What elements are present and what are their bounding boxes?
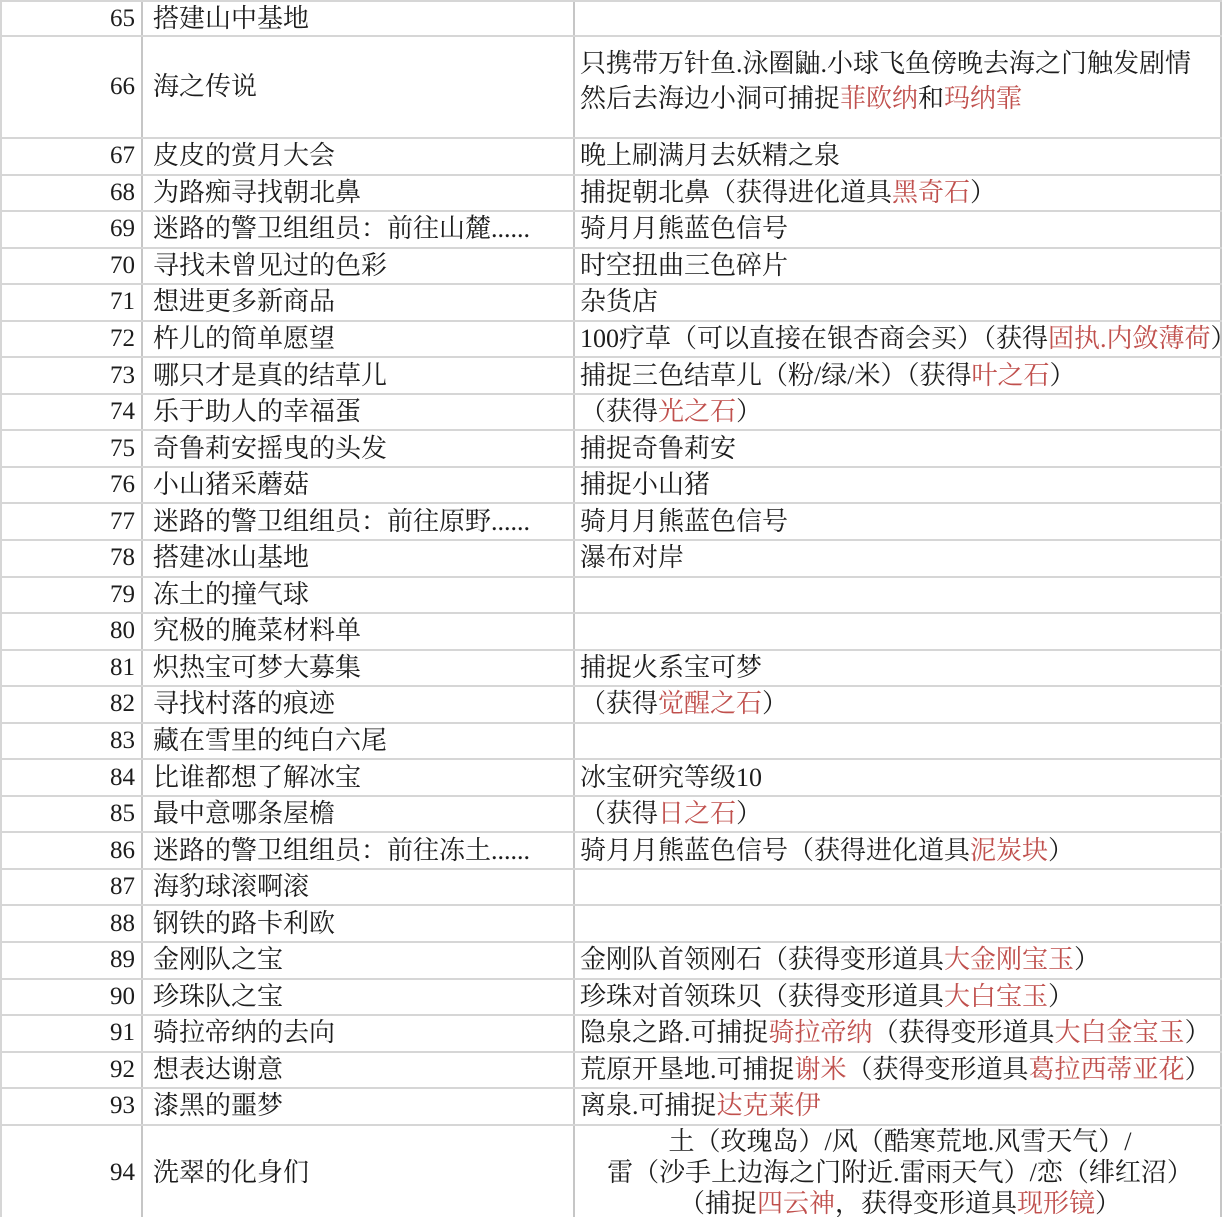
table-row: 76小山猪采蘑菇捕捉小山猪 xyxy=(2,468,1222,505)
highlight-text: 觉醒之石 xyxy=(658,687,762,721)
quest-name: 比谁都想了解冰宝 xyxy=(141,760,573,795)
table-row: 73哪只才是真的结草儿捕捉三色结草儿（粉/绿/米）（获得叶之石） xyxy=(2,358,1222,395)
quest-name: 想表达谢意 xyxy=(141,1053,573,1088)
row-number: 77 xyxy=(2,504,141,539)
table-row: 72杵儿的简单愿望100疗草（可以直接在银杏商会买）（获得固执.内敛薄荷） xyxy=(2,322,1222,359)
plain-text: ） xyxy=(762,687,788,721)
highlight-text: 大白金宝玉 xyxy=(1055,1016,1185,1050)
row-number: 92 xyxy=(2,1053,141,1088)
quest-name: 杵儿的简单愿望 xyxy=(141,322,573,357)
quest-desc: 瀑布对岸 xyxy=(573,541,1222,576)
table-row: 82寻找村落的痕迹（获得觉醒之石） xyxy=(2,687,1222,724)
plain-text: 雷（沙手上边海之门附近.雷雨天气）/恋（绯红沼） xyxy=(607,1158,1193,1187)
row-number: 68 xyxy=(2,176,141,211)
plain-text: 捕捉小山猪 xyxy=(580,468,710,502)
quest-desc-line: （捕捉四云神，获得变形道具现形镜） xyxy=(580,1188,1220,1217)
highlight-text: 谢米 xyxy=(795,1053,847,1087)
quest-desc xyxy=(573,2,1222,35)
table-row: 89金刚队之宝金刚队首领刚石（获得变形道具大金刚宝玉） xyxy=(2,943,1222,980)
highlight-text: 葛拉西蒂亚花 xyxy=(1029,1053,1185,1087)
row-number: 69 xyxy=(2,212,141,247)
quest-name: 骑拉帝纳的去向 xyxy=(141,1016,573,1051)
quest-desc: 杂货店 xyxy=(573,285,1222,320)
quest-desc: 捕捉三色结草儿（粉/绿/米）（获得叶之石） xyxy=(573,358,1222,393)
quest-guide-page: 65搭建山中基地66海之传说只携带万针鱼.泳圈鼬.小球飞鱼傍晚去海之门触发剧情然… xyxy=(0,0,1222,1217)
quest-desc: 骑月月熊蓝色信号（获得进化道具泥炭块） xyxy=(573,833,1222,868)
highlight-text: 菲欧纳 xyxy=(840,84,918,113)
highlight-text: 日之石 xyxy=(658,797,736,831)
table-row: 79冻土的撞气球 xyxy=(2,578,1222,615)
table-row: 75奇鲁莉安摇曳的头发捕捉奇鲁莉安 xyxy=(2,431,1222,468)
row-number: 93 xyxy=(2,1089,141,1124)
table-row: 69迷路的警卫组组员：前往山麓......骑月月熊蓝色信号 xyxy=(2,212,1222,249)
row-number: 75 xyxy=(2,431,141,466)
quest-desc xyxy=(573,906,1222,941)
table-row: 70寻找未曾见过的色彩时空扭曲三色碎片 xyxy=(2,249,1222,286)
table-row: 84比谁都想了解冰宝冰宝研究等级10 xyxy=(2,760,1222,797)
highlight-text: 骑拉帝纳 xyxy=(769,1016,873,1050)
quest-name: 藏在雪里的纯白六尾 xyxy=(141,724,573,759)
quest-name: 迷路的警卫组组员：前往冻土...... xyxy=(141,833,573,868)
plain-text: 捕捉三色结草儿（粉/绿/米）（获得 xyxy=(580,359,971,393)
table-row: 83藏在雪里的纯白六尾 xyxy=(2,724,1222,761)
row-number: 70 xyxy=(2,249,141,284)
quest-name: 奇鲁莉安摇曳的头发 xyxy=(141,431,573,466)
quest-name: 钢铁的路卡利欧 xyxy=(141,906,573,941)
quest-desc: 骑月月熊蓝色信号 xyxy=(573,212,1222,247)
quest-name: 搭建冰山基地 xyxy=(141,541,573,576)
highlight-text: 大金刚宝玉 xyxy=(944,943,1074,977)
row-number: 80 xyxy=(2,614,141,649)
table-row: 88钢铁的路卡利欧 xyxy=(2,906,1222,943)
row-number: 91 xyxy=(2,1016,141,1051)
highlight-text: 大白宝玉 xyxy=(944,980,1048,1014)
table-row: 81炽热宝可梦大募集捕捉火系宝可梦 xyxy=(2,651,1222,688)
plain-text: 骑月月熊蓝色信号 xyxy=(580,505,788,539)
quest-desc xyxy=(573,724,1222,759)
plain-text: ） xyxy=(1048,834,1074,868)
quest-desc: 珍珠对首领珠贝（获得变形道具大白宝玉） xyxy=(573,980,1222,1015)
plain-text: （获得变形道具 xyxy=(873,1016,1055,1050)
row-number: 88 xyxy=(2,906,141,941)
quest-desc: 荒原开垦地.可捕捉谢米（获得变形道具葛拉西蒂亚花） xyxy=(573,1053,1222,1088)
plain-text: 隐泉之路.可捕捉 xyxy=(580,1016,769,1050)
row-number: 73 xyxy=(2,358,141,393)
quest-name: 究极的腌菜材料单 xyxy=(141,614,573,649)
plain-text: 和 xyxy=(918,84,944,113)
highlight-text: 玛纳霏 xyxy=(944,84,1022,113)
plain-text: （获得 xyxy=(580,395,658,429)
row-number: 89 xyxy=(2,943,141,978)
table-row: 93漆黑的噩梦离泉.可捕捉达克莱伊 xyxy=(2,1089,1222,1126)
plain-text: ） xyxy=(736,395,762,429)
plain-text: （捕捉 xyxy=(679,1189,757,1217)
row-number: 71 xyxy=(2,285,141,320)
row-number: 94 xyxy=(2,1126,141,1217)
quest-name: 冻土的撞气球 xyxy=(141,578,573,613)
row-number: 84 xyxy=(2,760,141,795)
quest-name: 乐于助人的幸福蛋 xyxy=(141,395,573,430)
table-row: 77迷路的警卫组组员：前往原野......骑月月熊蓝色信号 xyxy=(2,504,1222,541)
highlight-text: 叶之石 xyxy=(971,359,1049,393)
plain-text: ） xyxy=(970,176,996,210)
quest-name: 海之传说 xyxy=(141,37,573,137)
table-row: 67皮皮的赏月大会晚上刷满月去妖精之泉 xyxy=(2,139,1222,176)
quest-desc: 晚上刷满月去妖精之泉 xyxy=(573,139,1222,174)
highlight-text: 光之石 xyxy=(658,395,736,429)
quest-desc: 时空扭曲三色碎片 xyxy=(573,249,1222,284)
quest-name: 洗翠的化身们 xyxy=(141,1126,573,1217)
quest-name: 为路痴寻找朝北鼻 xyxy=(141,176,573,211)
quest-desc: （获得觉醒之石） xyxy=(573,687,1222,722)
quest-desc: 金刚队首领刚石（获得变形道具大金刚宝玉） xyxy=(573,943,1222,978)
quest-name: 寻找未曾见过的色彩 xyxy=(141,249,573,284)
plain-text: 土（玫瑰岛）/风（酷寒荒地.风雪天气）/ xyxy=(669,1127,1132,1156)
plain-text: ） xyxy=(736,797,762,831)
plain-text: ） xyxy=(1211,322,1222,356)
quest-name: 寻找村落的痕迹 xyxy=(141,687,573,722)
highlight-text: 黑奇石 xyxy=(892,176,970,210)
plain-text: 捕捉火系宝可梦 xyxy=(580,651,762,685)
plain-text: 捕捉朝北鼻（获得进化道具 xyxy=(580,176,892,210)
plain-text: ，获得变形道具 xyxy=(835,1189,1017,1217)
quest-desc xyxy=(573,870,1222,905)
quest-name: 皮皮的赏月大会 xyxy=(141,139,573,174)
quest-desc: （获得日之石） xyxy=(573,797,1222,832)
quest-name: 最中意哪条屋檐 xyxy=(141,797,573,832)
quest-name: 小山猪采蘑菇 xyxy=(141,468,573,503)
row-number: 79 xyxy=(2,578,141,613)
quest-name: 漆黑的噩梦 xyxy=(141,1089,573,1124)
plain-text: 离泉.可捕捉 xyxy=(580,1089,717,1123)
table-row: 80究极的腌菜材料单 xyxy=(2,614,1222,651)
quest-desc: 隐泉之路.可捕捉骑拉帝纳（获得变形道具大白金宝玉） xyxy=(573,1016,1222,1051)
quest-desc: 捕捉朝北鼻（获得进化道具黑奇石） xyxy=(573,176,1222,211)
quest-desc xyxy=(573,578,1222,613)
quest-desc-line: 土（玫瑰岛）/风（酷寒荒地.风雪天气）/ xyxy=(580,1126,1220,1157)
row-number: 67 xyxy=(2,139,141,174)
highlight-text: 泥炭块 xyxy=(970,834,1048,868)
plain-text: 荒原开垦地.可捕捉 xyxy=(580,1053,795,1087)
quest-name: 金刚队之宝 xyxy=(141,943,573,978)
row-number: 76 xyxy=(2,468,141,503)
row-number: 83 xyxy=(2,724,141,759)
plain-text: 珍珠对首领珠贝（获得变形道具 xyxy=(580,980,944,1014)
plain-text: 瀑布对岸 xyxy=(580,541,684,575)
quest-desc-line: 雷（沙手上边海之门附近.雷雨天气）/恋（绯红沼） xyxy=(580,1157,1220,1188)
table-row: 74乐于助人的幸福蛋（获得光之石） xyxy=(2,395,1222,432)
table-row: 94洗翠的化身们土（玫瑰岛）/风（酷寒荒地.风雪天气）/雷（沙手上边海之门附近.… xyxy=(2,1126,1222,1217)
plain-text: （获得 xyxy=(580,687,658,721)
table-row: 78搭建冰山基地瀑布对岸 xyxy=(2,541,1222,578)
quest-name: 哪只才是真的结草儿 xyxy=(141,358,573,393)
highlight-text: 四云神 xyxy=(757,1189,835,1217)
highlight-text: 固执.内敛薄荷 xyxy=(1048,322,1211,356)
plain-text: ） xyxy=(1048,980,1074,1014)
table-row: 71想进更多新商品杂货店 xyxy=(2,285,1222,322)
quest-name: 搭建山中基地 xyxy=(141,2,573,35)
quest-desc: 骑月月熊蓝色信号 xyxy=(573,504,1222,539)
highlight-text: 现形镜 xyxy=(1017,1189,1095,1217)
plain-text: 冰宝研究等级10 xyxy=(580,761,762,795)
row-number: 81 xyxy=(2,651,141,686)
plain-text: ） xyxy=(1074,943,1100,977)
row-number: 85 xyxy=(2,797,141,832)
table-row: 66海之传说只携带万针鱼.泳圈鼬.小球飞鱼傍晚去海之门触发剧情然后去海边小洞可捕… xyxy=(2,37,1222,139)
plain-text: 时空扭曲三色碎片 xyxy=(580,249,788,283)
quest-desc: 捕捉奇鲁莉安 xyxy=(573,431,1222,466)
plain-text: ） xyxy=(1185,1053,1211,1087)
plain-text: ） xyxy=(1049,359,1075,393)
plain-text: 然后去海边小洞可捕捉 xyxy=(580,84,840,113)
table-row: 87海豹球滚啊滚 xyxy=(2,870,1222,907)
row-number: 72 xyxy=(2,322,141,357)
table-row: 92想表达谢意荒原开垦地.可捕捉谢米（获得变形道具葛拉西蒂亚花） xyxy=(2,1053,1222,1090)
plain-text: ） xyxy=(1185,1016,1211,1050)
row-number: 66 xyxy=(2,37,141,137)
plain-text: ） xyxy=(1095,1189,1121,1217)
row-number: 78 xyxy=(2,541,141,576)
quest-name: 迷路的警卫组组员：前往山麓...... xyxy=(141,212,573,247)
table-row: 85最中意哪条屋檐（获得日之石） xyxy=(2,797,1222,834)
plain-text: （获得变形道具 xyxy=(847,1053,1029,1087)
quest-desc: 100疗草（可以直接在银杏商会买）（获得固执.内敛薄荷） xyxy=(573,322,1222,357)
quest-table: 65搭建山中基地66海之传说只携带万针鱼.泳圈鼬.小球飞鱼傍晚去海之门触发剧情然… xyxy=(0,0,1222,1217)
quest-desc xyxy=(573,614,1222,649)
plain-text: 晚上刷满月去妖精之泉 xyxy=(580,139,840,173)
plain-text: （获得 xyxy=(580,797,658,831)
row-number: 86 xyxy=(2,833,141,868)
row-number: 87 xyxy=(2,870,141,905)
quest-name: 珍珠队之宝 xyxy=(141,980,573,1015)
table-row: 90珍珠队之宝珍珠对首领珠贝（获得变形道具大白宝玉） xyxy=(2,980,1222,1017)
quest-desc-line: 只携带万针鱼.泳圈鼬.小球飞鱼傍晚去海之门触发剧情 xyxy=(580,46,1220,81)
quest-desc: （获得光之石） xyxy=(573,395,1222,430)
table-row: 65搭建山中基地 xyxy=(2,2,1222,37)
quest-desc: 离泉.可捕捉达克莱伊 xyxy=(573,1089,1222,1124)
table-row: 68为路痴寻找朝北鼻捕捉朝北鼻（获得进化道具黑奇石） xyxy=(2,176,1222,213)
row-number: 74 xyxy=(2,395,141,430)
plain-text: 金刚队首领刚石（获得变形道具 xyxy=(580,943,944,977)
quest-desc-line: 然后去海边小洞可捕捉菲欧纳和玛纳霏 xyxy=(580,81,1220,116)
highlight-text: 达克莱伊 xyxy=(717,1089,821,1123)
plain-text: 捕捉奇鲁莉安 xyxy=(580,432,736,466)
quest-name: 迷路的警卫组组员：前往原野...... xyxy=(141,504,573,539)
quest-name: 想进更多新商品 xyxy=(141,285,573,320)
table-row: 91骑拉帝纳的去向隐泉之路.可捕捉骑拉帝纳（获得变形道具大白金宝玉） xyxy=(2,1016,1222,1053)
quest-desc: 土（玫瑰岛）/风（酷寒荒地.风雪天气）/雷（沙手上边海之门附近.雷雨天气）/恋（… xyxy=(573,1126,1222,1217)
quest-desc: 捕捉火系宝可梦 xyxy=(573,651,1222,686)
quest-desc: 冰宝研究等级10 xyxy=(573,760,1222,795)
row-number: 90 xyxy=(2,980,141,1015)
quest-desc: 只携带万针鱼.泳圈鼬.小球飞鱼傍晚去海之门触发剧情然后去海边小洞可捕捉菲欧纳和玛… xyxy=(573,37,1222,137)
table-row: 86迷路的警卫组组员：前往冻土......骑月月熊蓝色信号（获得进化道具泥炭块） xyxy=(2,833,1222,870)
quest-name: 海豹球滚啊滚 xyxy=(141,870,573,905)
quest-desc: 捕捉小山猪 xyxy=(573,468,1222,503)
plain-text: 100疗草（可以直接在银杏商会买）（获得 xyxy=(580,322,1048,356)
plain-text: 只携带万针鱼.泳圈鼬.小球飞鱼傍晚去海之门触发剧情 xyxy=(580,49,1191,78)
plain-text: 杂货店 xyxy=(580,285,658,319)
plain-text: 骑月月熊蓝色信号 xyxy=(580,212,788,246)
row-number: 65 xyxy=(2,2,141,35)
row-number: 82 xyxy=(2,687,141,722)
quest-name: 炽热宝可梦大募集 xyxy=(141,651,573,686)
plain-text: 骑月月熊蓝色信号（获得进化道具 xyxy=(580,834,970,868)
